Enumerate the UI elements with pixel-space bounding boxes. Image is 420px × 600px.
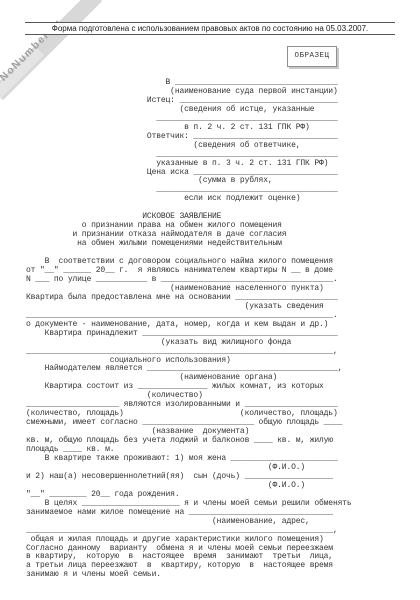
document-line: на обмен жилыми помещениями недействител…: [26, 240, 406, 249]
document-line: занимаю я и члены моей семьи.: [26, 571, 406, 580]
document-body: В ___________________________________ (н…: [26, 79, 406, 580]
sample-stamp: ОБРАЗЕЦ: [287, 46, 337, 67]
document-page: NoNumber.ru Форма подготовлена с использ…: [0, 0, 420, 600]
prepared-note: Форма подготовлена с использованием прав…: [25, 22, 395, 35]
document-line: если иск подлежит оценке): [26, 195, 406, 204]
